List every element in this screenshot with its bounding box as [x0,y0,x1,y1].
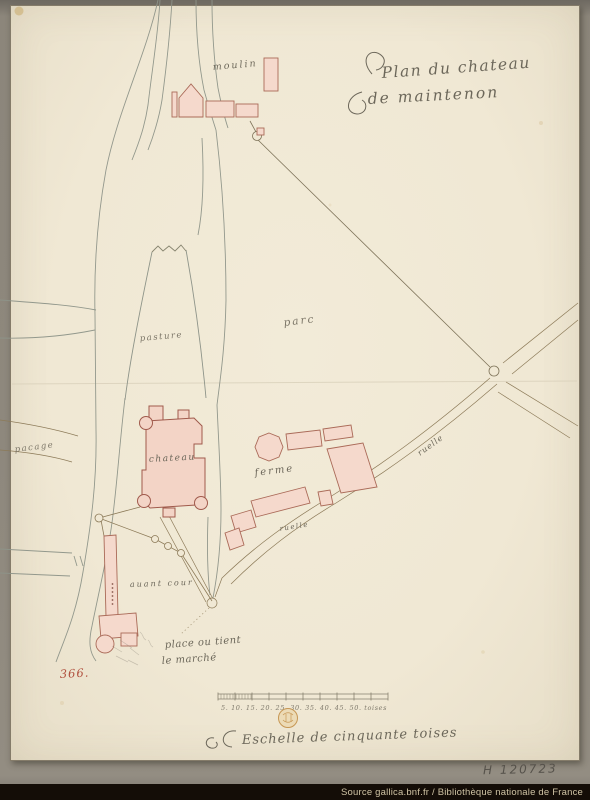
age-spots [15,7,544,706]
label-ruelle-lower: ruelle [279,520,310,533]
map-labels: moulin parc pasture pacage chateau ferme… [14,58,445,667]
moulin-building [206,101,234,117]
scale-caption: Eschelle de cinquante toises [241,725,458,748]
scale-tick-labels: 5. 10. 15. 20. 25. 30. 35. 40. 45. 50. t… [221,704,387,712]
chateau-tower-sw [138,495,151,508]
ferme-building [318,490,333,506]
dovecote-octagon [255,433,283,461]
courtyard-round-tower [96,635,114,653]
scanned-map-page: moulin parc pasture pacage chateau ferme… [0,0,590,800]
title-line1: Plan du chateau [380,54,531,82]
label-marche-line2: le marché [161,652,217,667]
wall-tower [95,514,103,522]
map-title: Plan du chateau de maintenon [348,52,531,114]
park-boundary [250,121,499,376]
approach-road-b [160,517,206,602]
bnf-stamp-icon [279,709,298,728]
title-flourish [348,92,365,114]
canal-left-b [0,573,70,576]
ferme-building [251,487,310,517]
source-attribution-bar: Source gallica.bnf.fr / Bibliothèque nat… [0,784,590,800]
wall-tower [178,550,185,557]
pacage-fence-a [0,420,78,436]
scale-bar [218,693,388,701]
chateau-tower-se [195,497,208,510]
courtyard-wall [99,507,140,518]
label-parc: parc [283,313,316,329]
label-pasture: pasture [139,330,183,344]
wall-tower [165,543,172,550]
label-moulin: moulin [212,58,258,73]
label-ferme: ferme [253,463,295,479]
label-marche-line1: place ou tient [164,635,242,651]
label-avant-cour: auant cour [130,578,194,589]
ferme-barn [327,443,377,493]
moulin-building [172,92,177,117]
moulin-building [264,58,278,91]
pasture-island [125,245,206,400]
river-east-branch-outer [213,130,226,598]
river-arm-west-b [0,330,95,338]
courtyard-wall-strip [104,535,118,617]
ferme-building [323,425,353,441]
source-attribution-text: Source gallica.bnf.fr / Bibliothèque nat… [341,787,583,798]
title-line2: de maintenon [367,83,499,108]
caption-flourish [206,731,236,748]
ferme-buildings [225,425,377,550]
road-ne-b [512,320,578,374]
island-east-edge [186,250,206,398]
road-junction-marker [207,598,217,608]
scale-caption-group: Eschelle de cinquante toises [206,725,457,748]
chateau-tower-nw [140,417,153,430]
island-west-edge [125,252,152,400]
island-zigzag-top [152,245,186,252]
mill-stream-left-a [132,0,160,160]
folio-number: 366. [59,665,89,681]
river-east-branch-inner [198,138,203,235]
river-below-chateau [207,517,210,595]
shelfmark-annotation: H 120723 [483,761,583,778]
map-drawing: moulin parc pasture pacage chateau ferme… [0,0,590,800]
canal-left-a [0,549,72,553]
wall-tower [152,536,159,543]
river-arm-west-a [0,300,96,310]
moulin-house [179,84,203,117]
courtyard-wall [101,520,104,536]
chateau-gate-bridge [163,508,175,517]
moulin-building [257,128,264,135]
paper-creases [12,381,577,384]
courtyard-building [121,633,137,646]
moulin-building [236,104,258,117]
ferme-building [286,430,322,450]
bridge-mark [74,556,77,566]
bridge-mark [80,556,83,566]
label-pacage: pacage [14,440,55,455]
boundary-marker-east [489,366,499,376]
road-ne-a [503,303,578,363]
survey-dotted-line [181,608,209,634]
scale-hatch-marks [221,694,251,699]
